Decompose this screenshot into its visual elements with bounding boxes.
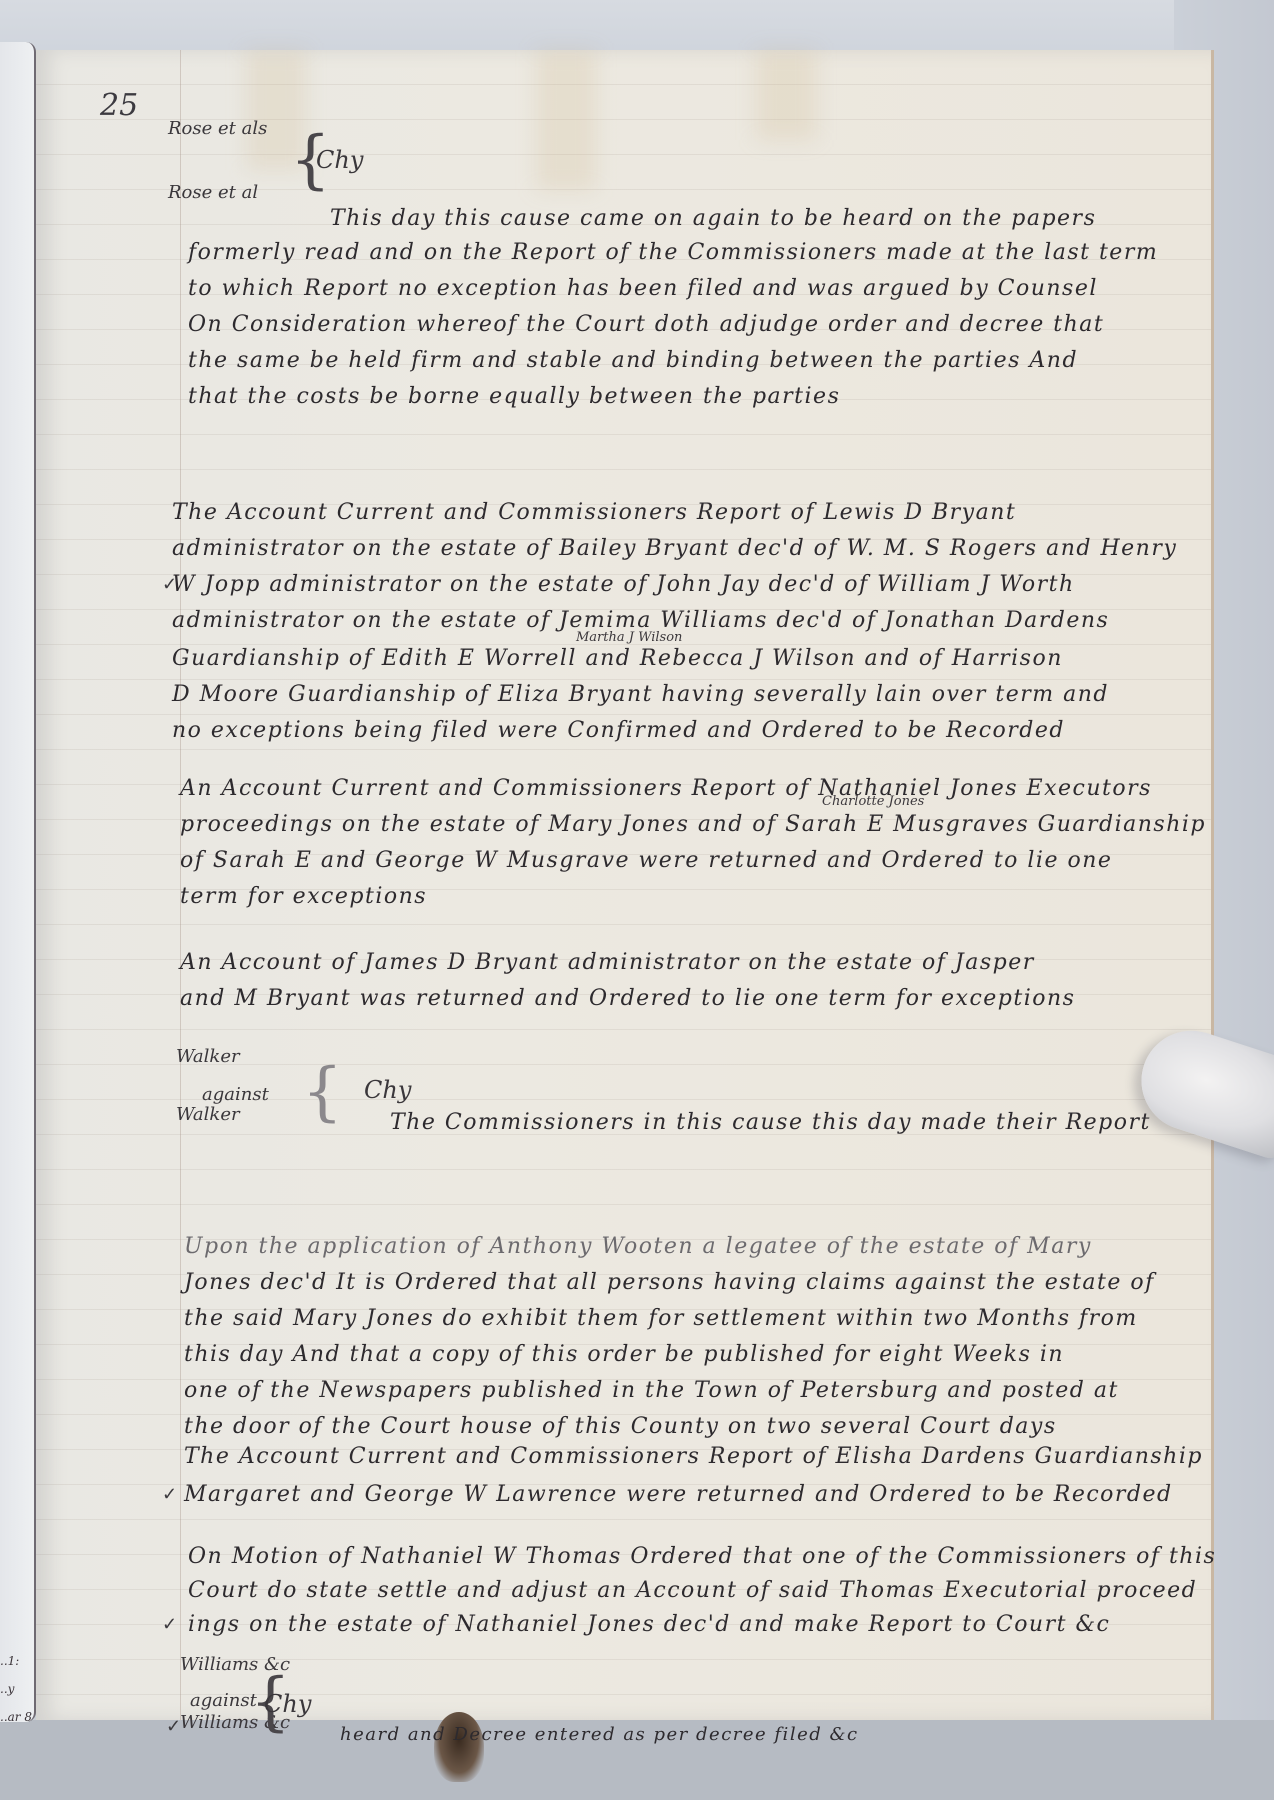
burn-mark: [434, 1712, 484, 1782]
entry-line: An Account Current and Commissioners Rep…: [180, 776, 1152, 801]
entry-line: On Consideration whereof the Court doth …: [188, 312, 1104, 337]
entry-line: This day this cause came on again to be …: [330, 206, 1096, 231]
page-number: 25: [100, 88, 138, 123]
entry-line: The Account Current and Commissioners Re…: [172, 500, 1016, 525]
entry-line: of Sarah E and George W Musgrave were re…: [180, 848, 1112, 873]
entry-line: D Moore Guardianship of Eliza Bryant hav…: [172, 682, 1109, 707]
entry-line: the door of the Court house of this Coun…: [184, 1414, 1057, 1439]
interlinear-insert: Charlotte Jones: [822, 794, 924, 809]
case-caption-defendant: Walker: [176, 1104, 240, 1125]
checkmark-icon: ✓: [162, 1614, 177, 1635]
entry-line: no exceptions being filed were Confirmed…: [172, 718, 1065, 743]
entry-line: this day And that a copy of this order b…: [184, 1342, 1064, 1367]
entry-line: and M Bryant was returned and Ordered to…: [180, 986, 1075, 1011]
brace-icon: {: [302, 1060, 343, 1124]
case-caption-plaintiff: Walker: [176, 1046, 240, 1067]
court-label: Chy: [316, 146, 363, 174]
facing-page-edge: ..1: ..y ..ar 8: [0, 42, 36, 1722]
court-label: Chy: [364, 1076, 411, 1104]
paper-stain: [536, 50, 596, 190]
entry-line: to which Report no exception has been fi…: [188, 276, 1098, 301]
checkmark-icon: ✓: [166, 1716, 181, 1737]
case-caption-versus: against: [190, 1690, 257, 1711]
case-caption-plaintiff: Rose et als: [168, 118, 267, 139]
entry-line: W Jopp administrator on the estate of Jo…: [172, 572, 1075, 597]
entry-line: the same be held firm and stable and bin…: [188, 348, 1078, 373]
paper-stain: [756, 50, 816, 140]
entry-line: Court do state settle and adjust an Acco…: [188, 1578, 1197, 1603]
case-caption-versus: against: [202, 1084, 269, 1105]
scanner-backdrop-top: [0, 0, 1274, 56]
entry-line: term for exceptions: [180, 884, 427, 909]
entry-line: Margaret and George W Lawrence were retu…: [184, 1482, 1173, 1507]
entry-line: ings on the estate of Nathaniel Jones de…: [188, 1612, 1110, 1637]
court-label: Chy: [264, 1690, 311, 1718]
case-caption-defendant: Rose et al: [168, 182, 258, 203]
entry-line: Guardianship of Edith E Worrell and Rebe…: [172, 646, 1063, 671]
interlinear-insert: Martha J Wilson: [576, 630, 682, 645]
entry-line: The Commissioners in this cause this day…: [390, 1110, 1151, 1135]
checkmark-icon: ✓: [162, 1484, 177, 1505]
entry-line: administrator on the estate of Bailey Br…: [172, 536, 1177, 561]
facing-page-fragment: ..y: [0, 1682, 14, 1696]
entry-line: The Account Current and Commissioners Re…: [184, 1444, 1203, 1469]
entry-line: An Account of James D Bryant administrat…: [180, 950, 1035, 975]
entry-line: Upon the application of Anthony Wooten a…: [184, 1234, 1092, 1259]
facing-page-fragment: ..ar 8: [0, 1710, 32, 1724]
entry-line: one of the Newspapers published in the T…: [184, 1378, 1119, 1403]
entry-line: formerly read and on the Report of the C…: [188, 240, 1158, 265]
entry-line: proceedings on the estate of Mary Jones …: [180, 812, 1206, 837]
entry-line: that the costs be borne equally between …: [188, 384, 840, 409]
facing-page-fragment: ..1:: [0, 1654, 19, 1668]
entry-line: heard and Decree entered as per decree f…: [340, 1724, 859, 1745]
entry-line: Jones dec'd It is Ordered that all perso…: [184, 1270, 1155, 1295]
entry-line: the said Mary Jones do exhibit them for …: [184, 1306, 1138, 1331]
entry-line: On Motion of Nathaniel W Thomas Ordered …: [188, 1544, 1216, 1569]
